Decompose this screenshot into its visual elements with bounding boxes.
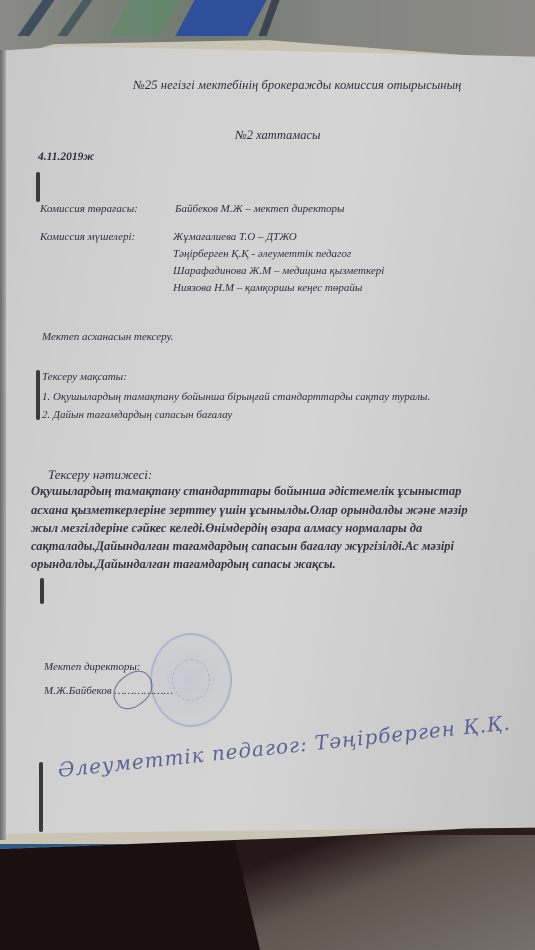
members-label: Комиссия мүшелері:: [40, 231, 135, 243]
member-item: Шарафадинова Ж.М – медицина қызметкері: [173, 265, 384, 277]
member-item: Ниязова Н.М – қамқоршы кеңес төрайы: [173, 282, 362, 294]
agenda-text: Мектеп асханасын тексеру.: [42, 331, 173, 343]
document-date: 4.11.2019ж: [38, 151, 94, 163]
stamp-emblem: [172, 659, 210, 701]
handwritten-note: Әлеуметтік педагог: Тәңірберген Қ.Қ.: [57, 711, 512, 782]
purpose-item: 2. Дайын тағамдардың сапасын бағалау: [42, 409, 232, 421]
signature-role: Мектеп директоры:: [44, 661, 140, 673]
purpose-item: 1. Оқушылардың тамақтану бойынша бірыңға…: [42, 391, 430, 403]
signature-name: М.Ж.Байбеков ………………: [44, 685, 173, 697]
document-title: №25 негізгі мектебінің брокеражды комисс…: [133, 78, 461, 93]
result-heading: Тексеру нәтижесі:: [48, 467, 152, 483]
document-subtitle: №2 хаттамасы: [235, 128, 321, 143]
result-line: орындалды.Дайындалған тағамдардың сапасы…: [31, 557, 336, 572]
result-line: Оқушылардың тамақтану стандарттары бойын…: [31, 484, 461, 499]
protocol-document: №25 негізгі мектебінің брокеражды комисс…: [0, 0, 535, 950]
result-line: жыл мезгілдеріне сәйкес келеді.Өнімдерді…: [31, 521, 422, 536]
member-item: Тәңірберген Қ.Қ - әлеуметтік педагог: [173, 248, 351, 260]
result-line: асхана қызметкерлеріне зерттеу үшін ұсын…: [31, 503, 468, 518]
chair-label: Комиссия төрағасы:: [40, 203, 138, 215]
purpose-label: Тексеру мақсаты:: [42, 371, 127, 383]
chair-value: Байбеков М.Ж – мектеп директоры: [175, 203, 344, 215]
member-item: Жұмағалиева Т.О – ДТЖО: [173, 231, 297, 243]
result-line: сақталады.Дайындалған тағамдардың сапасы…: [31, 539, 454, 554]
official-stamp: [150, 633, 232, 727]
